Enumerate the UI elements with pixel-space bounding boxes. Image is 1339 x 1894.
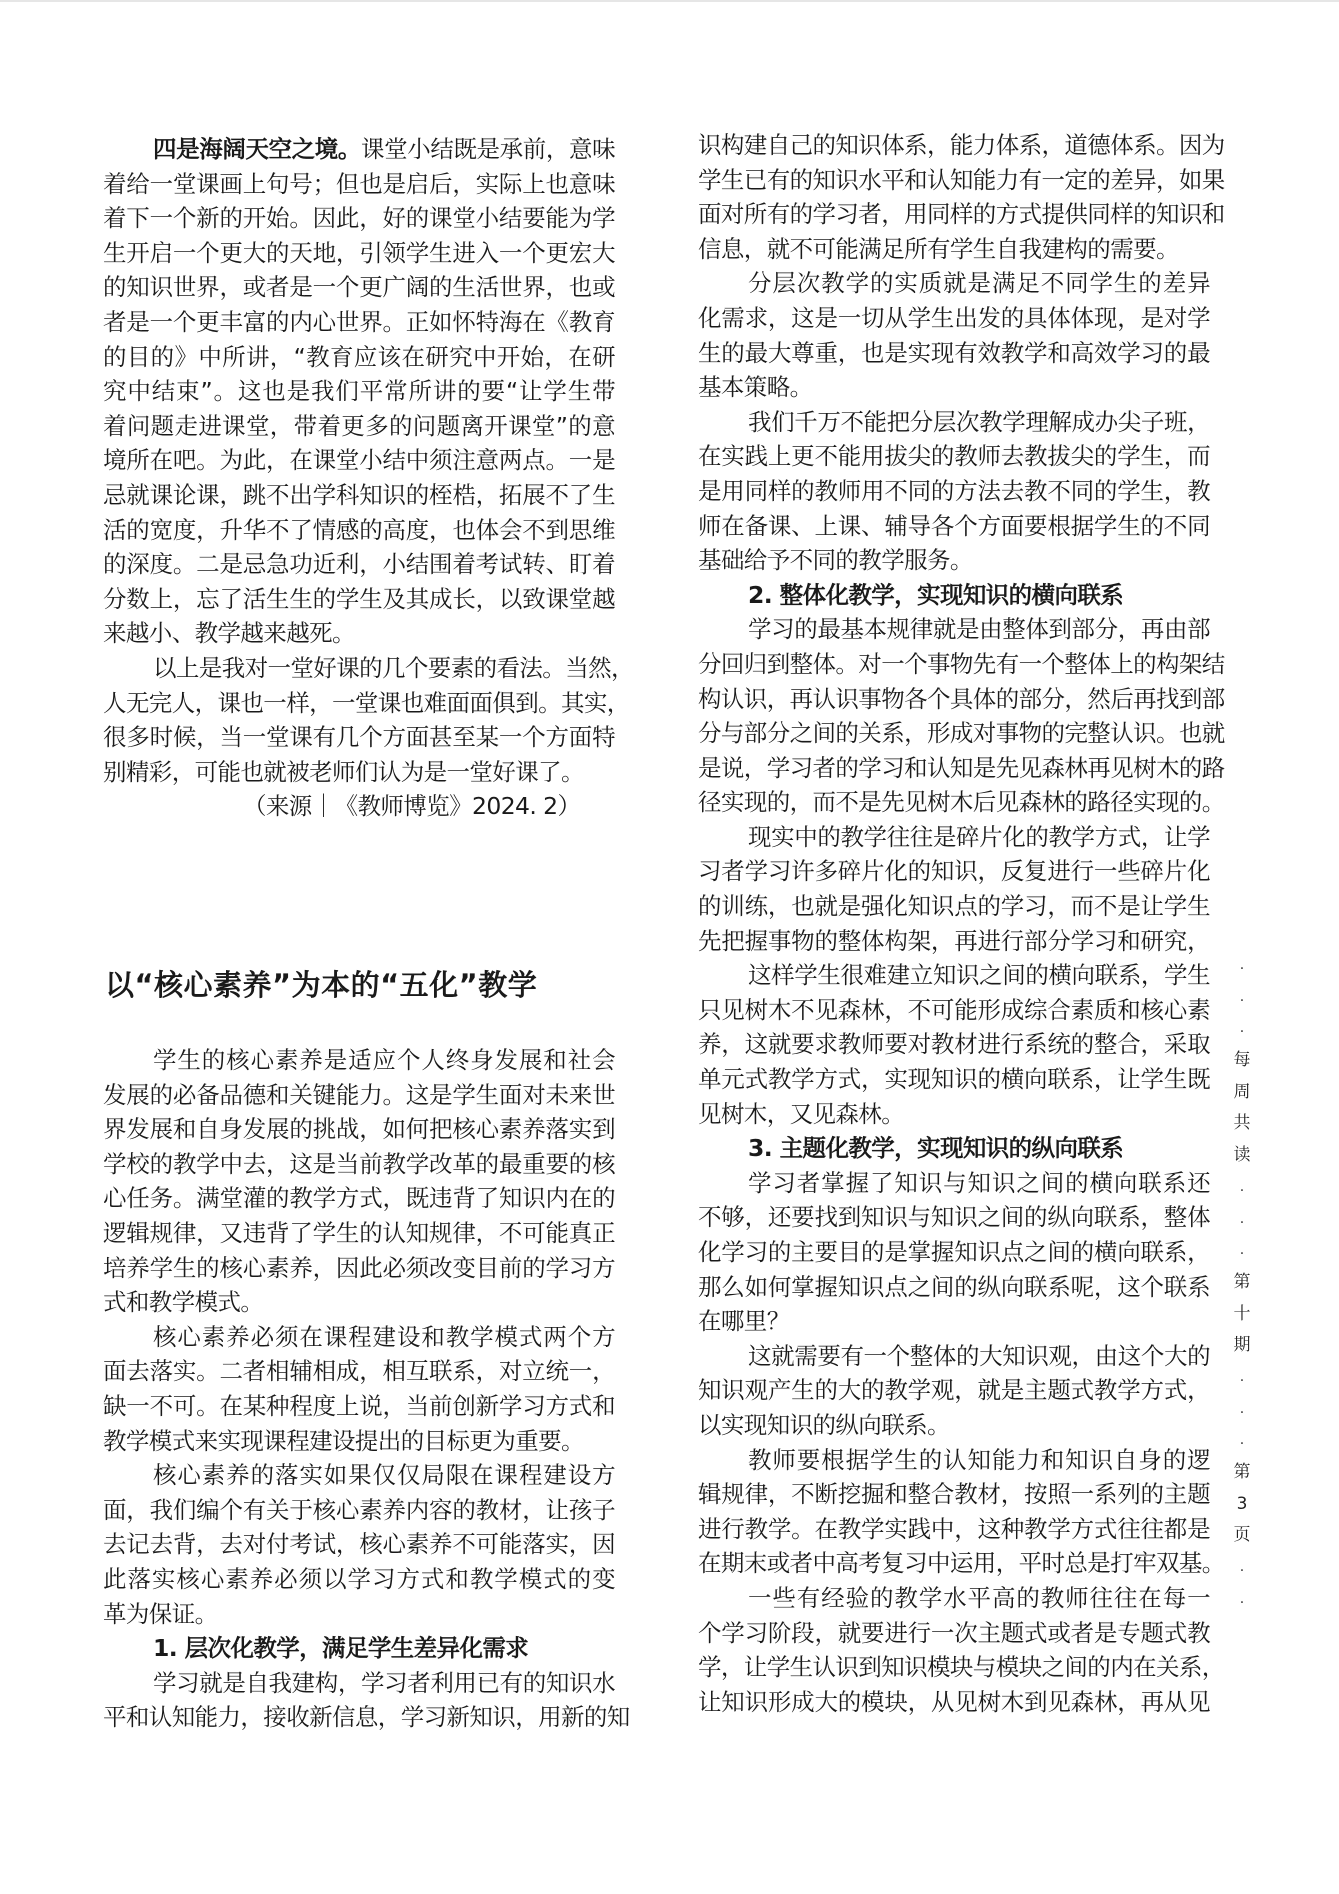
sidebar-dot: .: [1240, 1013, 1244, 1045]
source-citation: （来源｜《教师博览》2024. 2）: [103, 789, 615, 824]
paragraph-line: 教学模式来实现课程建设提出的目标更为重要。: [103, 1424, 615, 1459]
left-column: 四是海阔天空之境。课堂小结既是承前，意味 着给一堂课画上句号；但也是启后，实际上…: [103, 132, 615, 824]
paragraph-line: 心任务。满堂灌的教学方式，既违背了知识内在的: [103, 1181, 615, 1216]
top-rule: [0, 0, 1339, 2]
sidebar-char: 读: [1234, 1140, 1251, 1172]
paragraph-line: 在期末或者中高考复习中运用，平时总是打牢双基。: [698, 1546, 1210, 1581]
section-lead: 四是海阔天空之境。: [153, 135, 361, 163]
paragraph-line: 识构建自己的知识体系，能力体系，道德体系。因为: [698, 128, 1210, 163]
sidebar-char: 第: [1234, 1267, 1251, 1299]
paragraph-line: 很多时候，当一堂课有几个方面甚至某一个方面特: [103, 720, 615, 755]
section-heading: 1. 层次化教学，满足学生差异化需求: [103, 1631, 615, 1666]
paragraph-line: 让知识形成大的模块，从见树木到见森林，再从见: [698, 1685, 1210, 1720]
paragraph-line: 是用同样的教师用不同的方法去教不同的学生，教: [698, 474, 1210, 509]
paragraph-line: 基本策略。: [698, 370, 1210, 405]
paragraph-line: 的深度。二是忌急功近利，小结围着考试转、盯着: [103, 547, 615, 582]
issue-sidebar: . . . 每 周 共 读 . . . 第 十 期 . . . 第 3 页 . …: [1228, 950, 1256, 1615]
paragraph-line: 着问题走进课堂，带着更多的问题离开课堂”的意: [103, 409, 615, 444]
paragraph-line: 式和教学模式。: [103, 1285, 615, 1320]
left-column-article: 学生的核心素养是适应个人终身发展和社会 发展的必备品德和关键能力。这是学生面对未…: [103, 1043, 615, 1735]
sidebar-dot: .: [1240, 1425, 1244, 1457]
paragraph-line: 分回归到整体。对一个事物先有一个整体上的构架结: [698, 647, 1210, 682]
sidebar-char: 共: [1234, 1108, 1251, 1140]
paragraph-line: 学习就是自我建构，学习者利用已有的知识水: [103, 1666, 615, 1701]
paragraph-line: 活的宽度，升华不了情感的高度，也体会不到思维: [103, 513, 615, 548]
paragraph-line: 面，我们编个有关于核心素养内容的教材，让孩子: [103, 1493, 615, 1528]
paragraph-line: 在哪里？: [698, 1304, 1210, 1339]
paragraph-line: 生的最大尊重，也是实现有效教学和高效学习的最: [698, 336, 1210, 371]
paragraph-line: 在实践上更不能用拔尖的教师去教拔尖的学生，而: [698, 439, 1210, 474]
paragraph-line: 进行教学。在教学实践中，这种教学方式往往都是: [698, 1512, 1210, 1547]
paragraph-line: 学生的核心素养是适应个人终身发展和社会: [103, 1043, 615, 1078]
paragraph-line: 忌就课论课，跳不出学科知识的桎梏，拓展不了生: [103, 478, 615, 513]
sidebar-char: 3: [1237, 1489, 1248, 1521]
paragraph-line: 平和认知能力，接收新信息，学习新知识，用新的知: [103, 1700, 615, 1735]
paragraph-line: 着给一堂课画上句号；但也是启后，实际上也意味: [103, 167, 615, 202]
paragraph-line: 分与部分之间的关系，形成对事物的完整认识。也就: [698, 716, 1210, 751]
section-heading: 2. 整体化教学，实现知识的横向联系: [698, 578, 1210, 613]
paragraph-line: 构认识，再认识事物各个具体的部分，然后再找到部: [698, 682, 1210, 717]
paragraph-line: 师在备课、上课、辅导各个方面要根据学生的不同: [698, 509, 1210, 544]
paragraph-line: 基础给予不同的教学服务。: [698, 543, 1210, 578]
paragraph-line: 那么如何掌握知识点之间的纵向联系呢，这个联系: [698, 1270, 1210, 1305]
sidebar-dot: .: [1240, 1394, 1244, 1426]
paragraph-line: 学校的教学中去，这是当前教学改革的最重要的核: [103, 1147, 615, 1182]
paragraph-line: 以上是我对一堂好课的几个要素的看法。当然，: [103, 651, 615, 686]
paragraph-line: 的目的》中所讲，“教育应该在研究中开始，在研: [103, 340, 615, 375]
paragraph-line: 一些有经验的教学水平高的教师往往在每一: [698, 1581, 1210, 1616]
sidebar-dot: .: [1240, 1172, 1244, 1204]
paragraph-line: 习者学习许多碎片化的知识，反复进行一些碎片化: [698, 854, 1210, 889]
paragraph-line: 只见树木不见森林，不可能形成综合素质和核心素: [698, 993, 1210, 1028]
sidebar-dot: .: [1240, 1235, 1244, 1267]
sidebar-dot: .: [1240, 1552, 1244, 1584]
paragraph-line: 面去落实。二者相辅相成，相互联系，对立统一，: [103, 1354, 615, 1389]
paragraph-line: 核心素养的落实如果仅仅局限在课程建设方: [103, 1458, 615, 1493]
paragraph-line: 先把握事物的整体构架，再进行部分学习和研究，: [698, 924, 1210, 959]
paragraph-line: 学生已有的知识水平和认知能力有一定的差异，如果: [698, 163, 1210, 198]
paragraph-line: 缺一不可。在某种程度上说，当前创新学习方式和: [103, 1389, 615, 1424]
article-title: 以“核心素养”为本的“五化”教学: [105, 963, 537, 1004]
paragraph-line: 这样学生很难建立知识之间的横向联系，学生: [698, 958, 1210, 993]
paragraph-line: 面对所有的学习者，用同样的方式提供同样的知识和: [698, 197, 1210, 232]
sidebar-dot: .: [1240, 1362, 1244, 1394]
paragraph-line: 以实现知识的纵向联系。: [698, 1408, 1210, 1443]
paragraph-line: 逻辑规律，又违背了学生的认知规律，不可能真正: [103, 1216, 615, 1251]
paragraph-line: 辑规律，不断挖掘和整合教材，按照一系列的主题: [698, 1477, 1210, 1512]
paragraph-line: 培养学生的核心素养，因此必须改变目前的学习方: [103, 1251, 615, 1286]
paragraph-line: 现实中的教学往往是碎片化的教学方式，让学: [698, 820, 1210, 855]
paragraph-line: 这就需要有一个整体的大知识观，由这个大的: [698, 1339, 1210, 1374]
paragraph-line: 是说，学习者的学习和认知是先见森林再见树木的路: [698, 751, 1210, 786]
text: 课堂小结既是承前，意味: [361, 135, 615, 163]
paragraph-line: 学习者掌握了知识与知识之间的横向联系还: [698, 1166, 1210, 1201]
paragraph-line: 界发展和自身发展的挑战，如何把核心素养落实到: [103, 1112, 615, 1147]
sidebar-dot: .: [1240, 982, 1244, 1014]
sidebar-dot: .: [1240, 950, 1244, 982]
paragraph-line: 究中结束”。这也是我们平常所讲的要“让学生带: [103, 374, 615, 409]
paragraph-line: 分数上，忘了活生生的学生及其成长，以致课堂越: [103, 582, 615, 617]
paragraph-line: 分层次教学的实质就是满足不同学生的差异: [698, 266, 1210, 301]
paragraph-line: 单元式教学方式，实现知识的横向联系，让学生既: [698, 1062, 1210, 1097]
paragraph-line: 知识观产生的大的教学观，就是主题式教学方式，: [698, 1373, 1210, 1408]
paragraph-line: 此落实核心素养必须以学习方式和教学模式的变: [103, 1562, 615, 1597]
paragraph-line: 人无完人，课也一样，一堂课也难面面俱到。其实，: [103, 686, 615, 721]
paragraph-line: 信息，就不可能满足所有学生自我建构的需要。: [698, 232, 1210, 267]
paragraph-line: 革为保证。: [103, 1597, 615, 1632]
paragraph-line: 教师要根据学生的认知能力和知识自身的逻: [698, 1443, 1210, 1478]
paragraph-line: 的训练，也就是强化知识点的学习，而不是让学生: [698, 889, 1210, 924]
sidebar-char: 第: [1234, 1457, 1251, 1489]
sidebar-char: 期: [1234, 1330, 1251, 1362]
sidebar-char: 十: [1234, 1299, 1251, 1331]
paragraph-line: 的知识世界，或者是一个更广阔的生活世界，也或: [103, 270, 615, 305]
sidebar-char: 每: [1234, 1045, 1251, 1077]
paragraph-line: 别精彩，可能也就被老师们认为是一堂好课了。: [103, 755, 615, 790]
paragraph-line: 养，这就要求教师要对教材进行系统的整合，采取: [698, 1027, 1210, 1062]
section-heading: 3. 主题化教学，实现知识的纵向联系: [698, 1131, 1210, 1166]
paragraph-line: 境所在吧。为此，在课堂小结中须注意两点。一是: [103, 443, 615, 478]
paragraph-line: 发展的必备品德和关键能力。这是学生面对未来世: [103, 1078, 615, 1113]
paragraph-line: 着下一个新的开始。因此，好的课堂小结要能为学: [103, 201, 615, 236]
paragraph-line: 径实现的，而不是先见树木后见森林的路径实现的。: [698, 785, 1210, 820]
sidebar-char: 周: [1234, 1077, 1251, 1109]
sidebar-dot: .: [1240, 1204, 1244, 1236]
paragraph-line: 化学习的主要目的是掌握知识点之间的横向联系，: [698, 1235, 1210, 1270]
paragraph-line: 去记去背，去对付考试，核心素养不可能落实，因: [103, 1527, 615, 1562]
paragraph-line: 不够，还要找到知识与知识之间的纵向联系，整体: [698, 1200, 1210, 1235]
paragraph-line: 学习的最基本规律就是由整体到部分，再由部: [698, 612, 1210, 647]
paragraph-line: 者是一个更丰富的内心世界。正如怀特海在《教育: [103, 305, 615, 340]
paragraph-line: 见树木，又见森林。: [698, 1097, 1210, 1132]
paragraph-line: 个学习阶段，就要进行一次主题式或者是专题式教: [698, 1616, 1210, 1651]
sidebar-char: 页: [1234, 1520, 1251, 1552]
paragraph-line: 化需求，这是一切从学生出发的具体体现，是对学: [698, 301, 1210, 336]
sidebar-dot: .: [1240, 1584, 1244, 1616]
paragraph-line: 生开启一个更大的天地，引领学生进入一个更宏大: [103, 236, 615, 271]
paragraph-line: 四是海阔天空之境。课堂小结既是承前，意味: [103, 132, 615, 167]
paragraph-line: 来越小、教学越来越死。: [103, 616, 615, 651]
paragraph-line: 学，让学生认识到知识模块与模块之间的内在关系，: [698, 1650, 1210, 1685]
paragraph-line: 我们千万不能把分层次教学理解成办尖子班，: [698, 405, 1210, 440]
paragraph-line: 核心素养必须在课程建设和教学模式两个方: [103, 1320, 615, 1355]
right-column: 识构建自己的知识体系，能力体系，道德体系。因为 学生已有的知识水平和认知能力有一…: [698, 128, 1210, 1719]
